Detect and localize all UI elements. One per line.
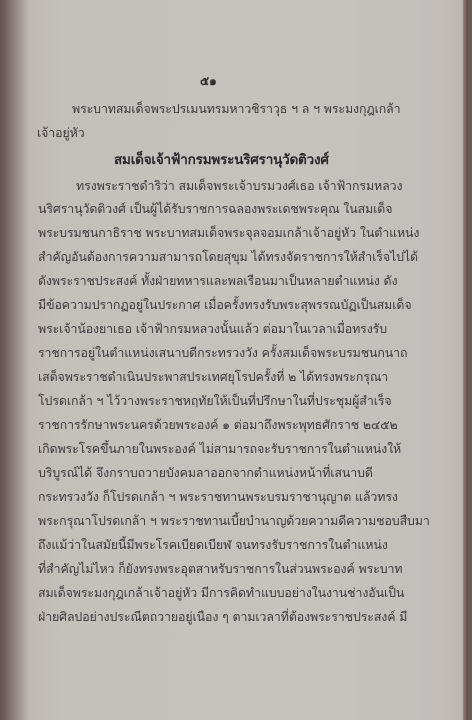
body-line: เกิดพระโรคขึ้นภายในพระองค์ ไม่สามารถจะรั…	[38, 440, 401, 459]
page-number: ๕๑	[200, 72, 217, 91]
body-line: สมเด็จพระมงกุฎเกล้าเจ้าอยู่หัว มีการคิดท…	[38, 584, 404, 603]
body-line: พระบรมชนกาธิราช พระบาทสมเด็จพระจุลจอมเกล…	[38, 224, 419, 243]
spine-shadow	[0, 0, 30, 720]
body-line: ราชการรักษาพระนครด้วยพระองค์ ๑ ต่อมาถึงพ…	[38, 416, 398, 435]
body-line: สำคัญอันต้องการความสามารถโดยสุขุม ได้ทรง…	[38, 248, 418, 267]
intro-line: พระบาทสมเด็จพระปรเมนทรมหาวชิราวุธ ฯ ล ฯ …	[72, 100, 401, 119]
body-line: มีข้อความปรากฏอยู่ในประกาศ เมื่อครั้งทรง…	[38, 296, 411, 315]
body-line: ราชการอยู่ในตำแหน่งเสนาบดีกระทรวงวัง ครั…	[38, 344, 407, 363]
body-line: ถึงแม้ว่าในสมัยนี้มีพระโรคเบียดเบียฬ จนท…	[38, 536, 388, 555]
body-line: ทรงพระราชดำริว่า สมเด็จพระเจ้าบรมวงศ์เธอ…	[76, 177, 402, 196]
body-line: เสด็จพระราชดำเนินประพาสประเทศยุโรปครั้งท…	[38, 368, 388, 387]
book-page: ๕๑ พระบาทสมเด็จพระปรเมนทรมหาวชิราวุธ ฯ ล…	[0, 0, 468, 720]
body-line: ฝ่ายศิลปอย่างประณีตถวายอยู่เนือง ๆ ตามเว…	[38, 608, 407, 627]
body-line: พระเจ้าน้องยาเธอ เจ้าฟ้ากรมหลวงนั้นแล้ว …	[38, 320, 387, 339]
body-line: ที่สำคัญไม่ไหว ก็ยังทรงพระอุตสาหรับราชกา…	[38, 560, 402, 579]
page-edge	[463, 0, 468, 720]
body-line: พระกรุณาโปรดเกล้า ฯ พระราชทานเบี้ยบำนาญด…	[38, 512, 430, 531]
body-line: นริศรานุวัดติวงศ์ เป็นผู้ได้รับราชการฉลอ…	[38, 200, 392, 219]
body-line: โปรดเกล้า ฯ ไว้วางพระราชหฤทัยให้เป็นที่ป…	[38, 392, 392, 411]
body-line: ดังพระราชประสงค์ ทั้งฝ่ายทหารและพลเรือนม…	[38, 272, 397, 291]
body-line: บริบูรณ์ได้ จึงกราบถวายบังคมลาออกจากตำแห…	[38, 464, 373, 483]
body-line: กระทรวงวัง ก็โปรดเกล้า ฯ พระราชทานพระบรม…	[38, 488, 398, 507]
intro-line: เจ้าอยู่หัว	[37, 124, 85, 143]
section-heading: สมเด็จเจ้าฟ้ากรมพระนริศรานุวัดติวงศ์	[114, 148, 329, 170]
